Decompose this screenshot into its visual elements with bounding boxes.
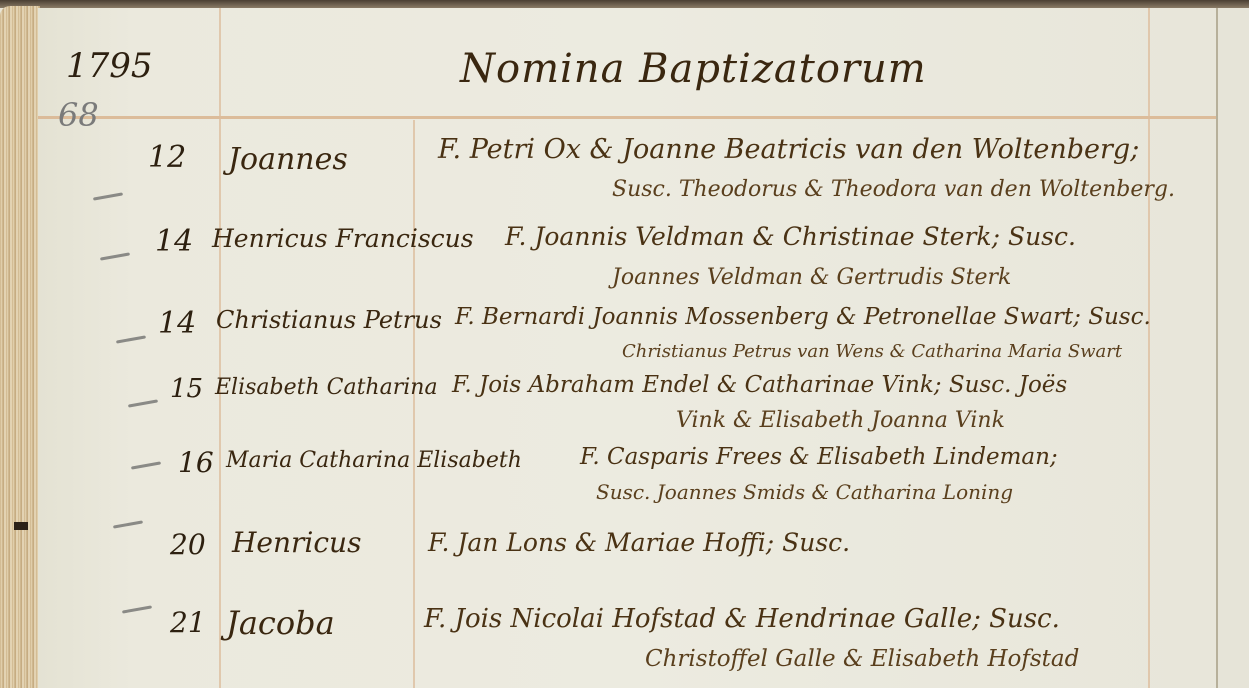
entry-child-name: Elisabeth Catharina (215, 375, 438, 400)
entry-sponsors: Joannes Veldman & Gertrudis Sterk (612, 265, 1011, 290)
entry-day: 14 (158, 306, 196, 341)
page-title: Nomina Baptizatorum (460, 46, 927, 92)
entry-day: 16 (178, 446, 214, 479)
entry-parents: F. Jan Lons & Mariae Hoffi; Susc. (428, 528, 850, 557)
entry-day: 15 (170, 374, 203, 404)
margin-rule-right (1148, 8, 1150, 688)
entry-child-name: Christianus Petrus (216, 306, 442, 334)
book-top-edge (0, 0, 1249, 8)
entry-child-name: Henricus Franciscus (212, 224, 474, 253)
page-edges (0, 6, 40, 688)
entry-parents: F. Casparis Frees & Elisabeth Lindeman; (580, 444, 1058, 470)
entry-child-name: Joannes (228, 142, 348, 177)
entry-day: 12 (148, 140, 186, 175)
adjacent-page-edge (1216, 8, 1249, 688)
entry-parents: F. Joannis Veldman & Christinae Sterk; S… (505, 222, 1076, 251)
margin-rule-names (413, 120, 415, 688)
entry-sponsors: Vink & Elisabeth Joanna Vink (676, 408, 1005, 433)
entry-sponsors: Susc. Theodorus & Theodora van den Wolte… (612, 177, 1175, 202)
pencil-folio-number: 68 (58, 96, 99, 134)
entry-parents: F. Bernardi Joannis Mossenberg & Petrone… (455, 304, 1151, 330)
header-rule (38, 116, 1216, 119)
entry-parents: F. Jois Abraham Endel & Catharinae Vink;… (452, 372, 1067, 398)
binding-mark (14, 522, 28, 530)
entry-child-name: Henricus (232, 526, 361, 559)
entry-sponsors: Christoffel Galle & Elisabeth Hofstad (645, 646, 1079, 672)
entry-parents: F. Petri Ox & Joanne Beatricis van den W… (438, 134, 1139, 165)
entry-day: 21 (170, 606, 206, 639)
margin-rule-left (219, 8, 221, 688)
entry-day: 14 (155, 224, 193, 259)
entry-parents: F. Jois Nicolai Hofstad & Hendrinae Gall… (424, 604, 1060, 634)
entry-sponsors: Susc. Joannes Smids & Catharina Loning (596, 480, 1013, 504)
entry-day: 20 (170, 528, 206, 561)
year-heading: 1795 (66, 46, 153, 86)
entry-sponsors: Christianus Petrus van Wens & Catharina … (622, 341, 1122, 362)
entry-child-name: Maria Catharina Elisabeth (226, 448, 522, 473)
entry-child-name: Jacoba (226, 604, 335, 642)
